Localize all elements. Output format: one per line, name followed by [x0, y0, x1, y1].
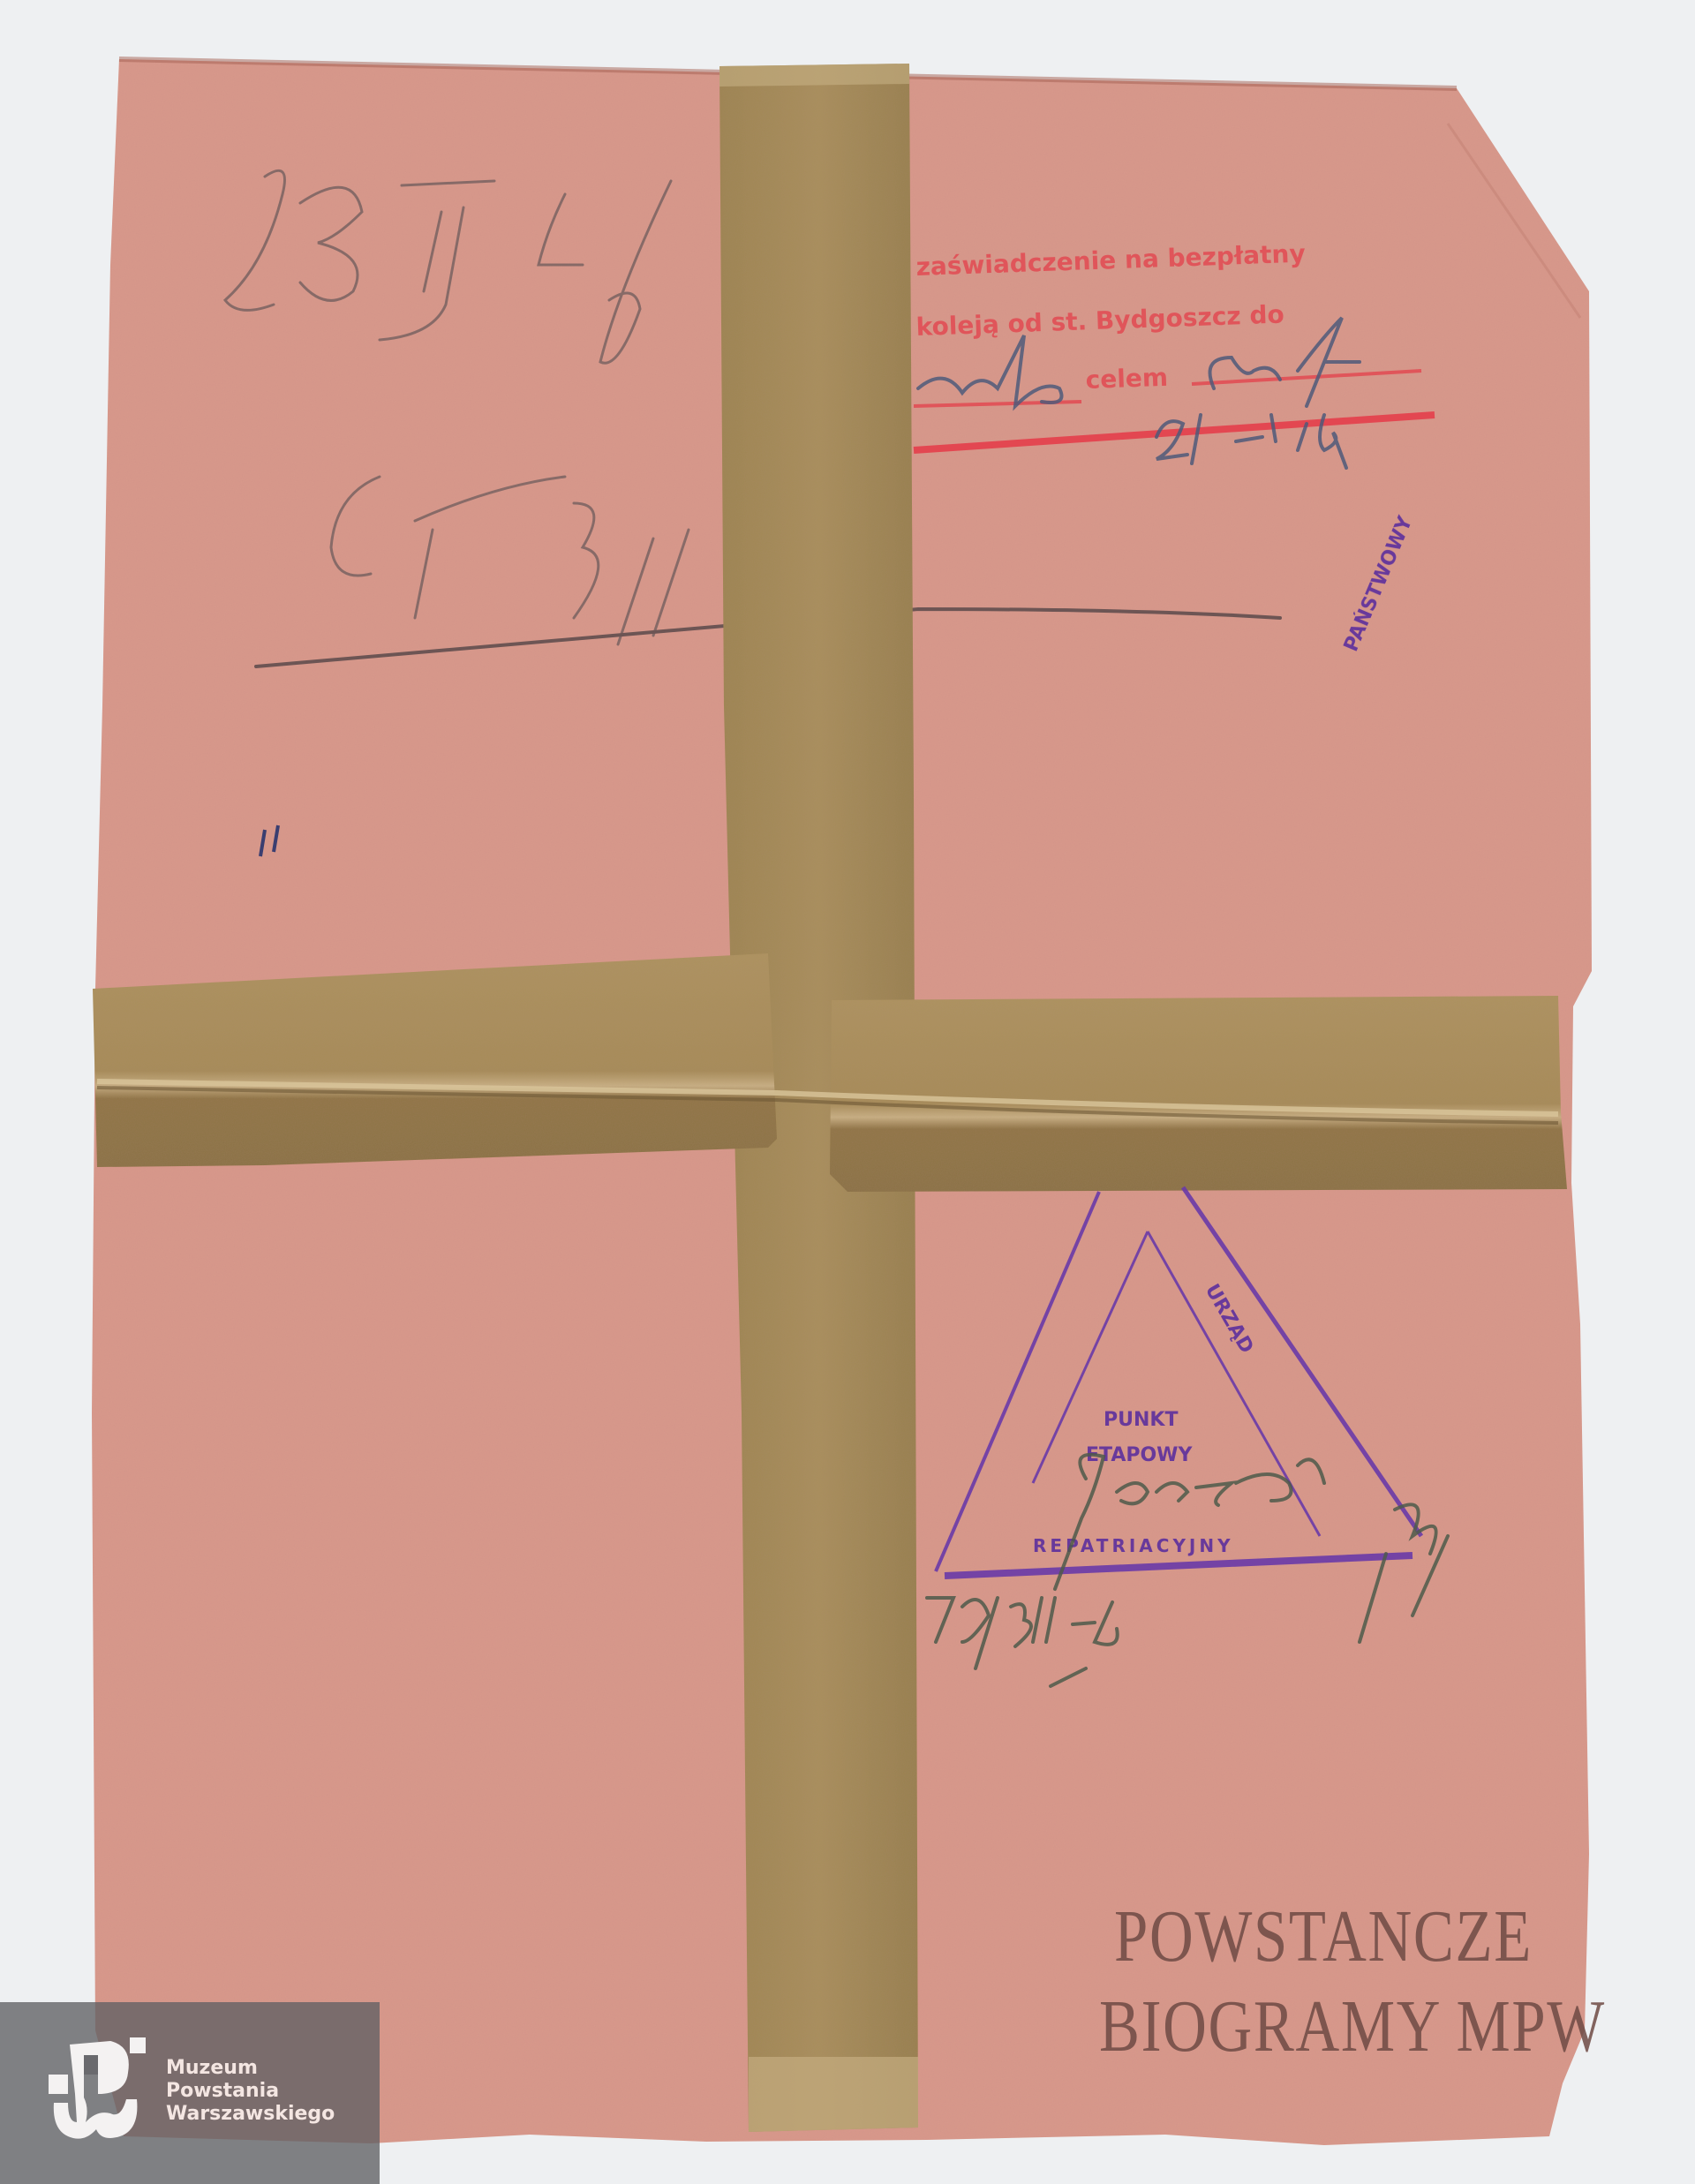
- horizontal-tape-left: [93, 953, 777, 1167]
- kotwica-anchor-icon: [49, 2037, 146, 2143]
- document-scan: zaświadczenie na bezpłatny koleją od st.…: [0, 0, 1695, 2184]
- svg-text:PUNKT: PUNKT: [1104, 1409, 1178, 1431]
- logo-text-line-1: Muzeum: [166, 2057, 335, 2080]
- svg-text:celem: celem: [1085, 363, 1168, 395]
- logo-text-line-3: Warszawskiego: [166, 2103, 335, 2126]
- document-image: zaświadczenie na bezpłatny koleją od st.…: [0, 0, 1695, 2184]
- watermark-line-1: POWSTANCZE: [1114, 1900, 1533, 1974]
- horizontal-tape-right: [830, 996, 1567, 1192]
- svg-text:REPATRIACYJNY: REPATRIACYJNY: [1033, 1535, 1234, 1556]
- logo-text-line-2: Powstania: [166, 2080, 335, 2103]
- museum-logo: Muzeum Powstania Warszawskiego: [0, 2002, 380, 2184]
- watermark-line-2: BIOGRAMY MPW: [1099, 1990, 1606, 2064]
